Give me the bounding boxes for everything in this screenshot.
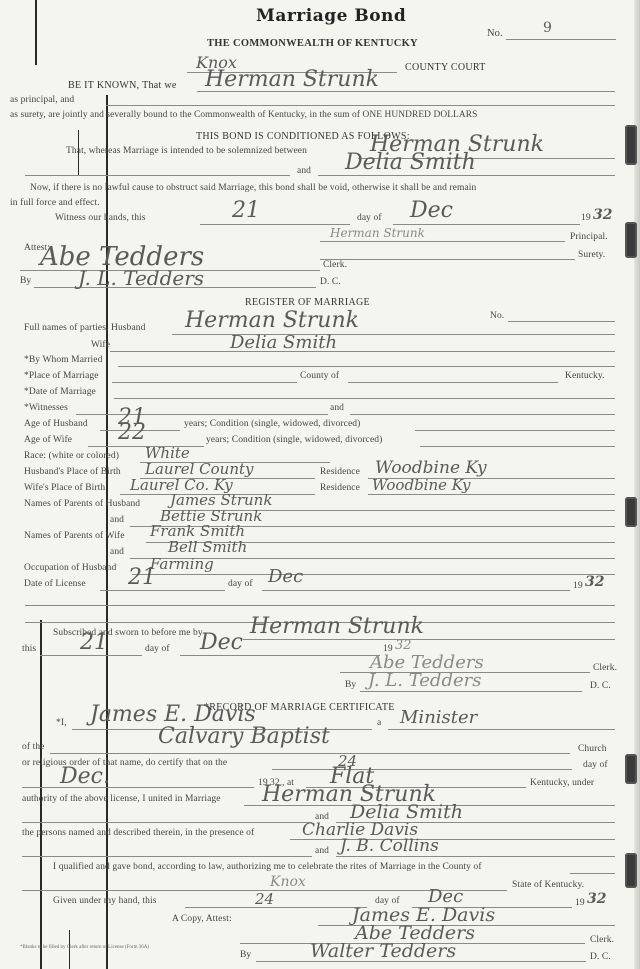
wife-rule [110,351,615,352]
surety-name-rule [106,105,615,106]
sworn-dc-signature: J. L. Tedders [368,670,481,691]
authority-label: authority of the above license, I united… [22,794,221,804]
binder-tab-5 [625,853,637,888]
document-number: 9 [543,20,552,36]
parents-wife-label: Names of Parents of Wife [24,531,125,541]
given-year-suffix: 32 [587,891,606,907]
surety-signature-rule [320,259,575,260]
license-day: 21 [128,565,156,590]
sworn-day-rule [40,655,142,656]
register-number-rule [508,321,615,322]
scan-line-left-top [35,0,37,65]
cert-month: Dec. [60,764,110,789]
race-label: Race: (white or colored) [24,451,119,461]
register-wife: Delia Smith [230,332,337,353]
witness-day: 21 [232,198,260,223]
wife-birth-label: Wife's Place of Birth [24,483,105,493]
cert-dc-label: D. C. [590,952,611,962]
sworn-dc-label: D. C. [590,681,611,691]
husband-residence-label: Residence [320,467,360,477]
party2-rule [318,175,615,176]
state-label: State of Kentucky. [512,880,584,890]
title-rule [388,729,615,730]
cert-title: Minister [400,707,477,728]
persons-label: the persons named and described therein,… [22,828,254,838]
document-subtitle: THE COMMONWEALTH OF KENTUCKY [207,38,418,49]
cert-day-of-label: day of [583,760,608,770]
bond-by-label: By [20,276,31,286]
given-day-rule [185,907,367,908]
occupation-value: Farming [150,555,214,573]
witness-month-rule [393,224,580,225]
condition-husband-label: years; Condition (single, widowed, divor… [184,419,360,429]
given-day: 24 [255,890,274,908]
county-court-label: COUNTY COURT [405,62,486,73]
license-year-prefix: 19 [573,581,583,591]
wife-residence: Woodbine Ky [372,476,471,494]
cert-day-rule [272,769,572,770]
register-heading: REGISTER OF MARRIAGE [245,297,370,308]
principal-signature-rule [320,241,565,242]
wife-parents-and-label: and [110,547,124,557]
cert-witness-and-label: and [315,846,329,856]
witness-month: Dec [410,198,453,223]
witness2-cert-rule [336,856,615,857]
date-rule [114,398,615,399]
bond-dc-signature: J. L. Tedders [78,266,204,290]
sworn-clerk-label: Clerk. [593,663,617,673]
footnote: *Blanks to be filled by Clerk after retu… [20,945,170,951]
binder-tab-3 [625,497,637,527]
county-of-label: County of [300,371,339,381]
marriage-bond-document: Marriage Bond THE COMMONWEALTH OF KENTUC… [0,0,640,969]
county-of-rule [348,382,558,383]
order-label: or religious order of that name, do cert… [22,758,227,768]
and-left-rule [25,175,290,176]
blank-rule-1 [25,605,615,606]
cert-month-rule [22,787,254,788]
binder-tab-2 [625,222,637,258]
sworn-day: 21 [80,630,108,655]
age-wife-label: Age of Wife [24,435,72,445]
license-day-rule [100,590,225,591]
kentucky-under-label: Kentucky, under [530,778,594,788]
sworn-month-rule [180,655,380,656]
given-year-prefix: 19 [575,898,585,908]
condition-wife-label: years; Condition (single, widowed, divor… [206,435,382,445]
principal-signature: Herman Strunk [330,226,425,240]
cert-dc-signature: Walter Tedders [310,940,456,962]
by-whom-label: *By Whom Married [24,355,102,365]
license-label: Date of License [24,579,86,589]
wife-residence-rule [368,494,615,495]
kentucky-label: Kentucky. [565,371,605,381]
binder-tab-4 [625,754,637,784]
bond-dc-label: D. C. [320,277,341,287]
age-wife: 22 [118,420,146,445]
witness-label: Witness our hands, this [55,213,146,223]
as-principal-label: as principal, and [10,95,74,105]
cert-and-left-rule [22,822,312,823]
qualified-text: I qualified and gave bond, according to … [53,862,482,872]
age-husband-label: Age of Husband [24,419,88,429]
cert-by-label: By [240,950,251,960]
sworn-month: Dec [200,630,243,655]
register-number-label: No. [490,311,504,321]
cert-county: Knox [270,874,306,890]
subscriber-rule [243,639,615,640]
binder-tab-1 [625,125,637,165]
witness-day-of-label: day of [357,213,382,223]
cert-church: Calvary Baptist [158,724,330,749]
register-husband: Herman Strunk [185,308,359,333]
principal-name: Herman Strunk [205,67,379,92]
cert-a-label: a [377,718,381,728]
now-text-2: in full force and effect. [10,198,100,208]
wife-label: Wife [91,340,110,350]
cert-i-label: *I, [56,718,67,728]
sworn-by-label: By [345,680,356,690]
witnesses-label: *Witnesses [24,403,68,413]
wife-residence-label: Residence [320,483,360,493]
witness2-left-rule [22,856,312,857]
cert-clerk-label: Clerk. [590,935,614,945]
sworn-day-of-label: day of [145,644,170,654]
husband-birth-label: Husband's Place of Birth [24,467,121,477]
be-it-known-label: BE IT KNOWN, That we [68,80,177,91]
occupation-rule [132,574,615,575]
whereas-label: That, whereas Marriage is intended to be… [66,146,307,156]
witness2-rule [350,414,615,415]
license-year-suffix: 32 [585,574,604,590]
husband-parents-and-label: and [110,515,124,525]
husband-residence: Woodbine Ky [375,458,487,478]
condition-husband-rule [415,430,615,431]
bond-clerk-label: Clerk. [323,260,347,270]
date-label: *Date of Marriage [24,387,96,397]
sworn-this-label: this [22,644,36,654]
by-whom-rule [118,366,615,367]
given-label: Given under my hand, this [53,896,157,906]
sworn-year-suffix: 32 [395,638,412,653]
parents-husband-label: Names of Parents of Husband [24,499,140,509]
number-rule [506,39,616,40]
full-names-label: Full names of parties, Husband [24,323,145,333]
place-label: *Place of Marriage [24,371,99,381]
witness-year-suffix: 32 [593,207,612,223]
witness1-rule [76,414,328,415]
subscribed-label: Subscribed and sworn to before me by [53,628,203,638]
witness-day-rule [200,224,350,225]
wife-parent2: Bell Smith [168,538,247,556]
license-month-rule [262,590,570,591]
surety-label: Surety. [578,250,605,260]
now-text-1: Now, if there is no lawful cause to obst… [30,183,476,193]
number-label: No. [487,28,503,39]
qualified-county-end-rule [570,873,615,874]
church-rule [50,753,570,754]
copy-attest-label: A Copy, Attest: [172,914,232,924]
surety-text: as surety, are jointly and severally bou… [10,110,477,120]
and-label: and [297,166,311,176]
license-day-of-label: day of [228,579,253,589]
occupation-label: Occupation of Husband [24,563,116,573]
witnesses-and-label: and [330,403,344,413]
church-label: Church [578,744,607,754]
of-the-label: of the [22,742,45,752]
bond-party2: Delia Smith [345,150,476,175]
sworn-dc-rule [360,691,582,692]
place-rule [112,382,297,383]
condition-wife-rule [420,446,615,447]
document-title: Marriage Bond [256,6,406,26]
principal-label: Principal. [570,232,608,242]
license-month: Dec [268,566,303,587]
subscriber-name: Herman Strunk [250,614,424,639]
cert-witness2: J. B. Collins [340,836,439,856]
witness-year-prefix: 19 [581,213,591,223]
